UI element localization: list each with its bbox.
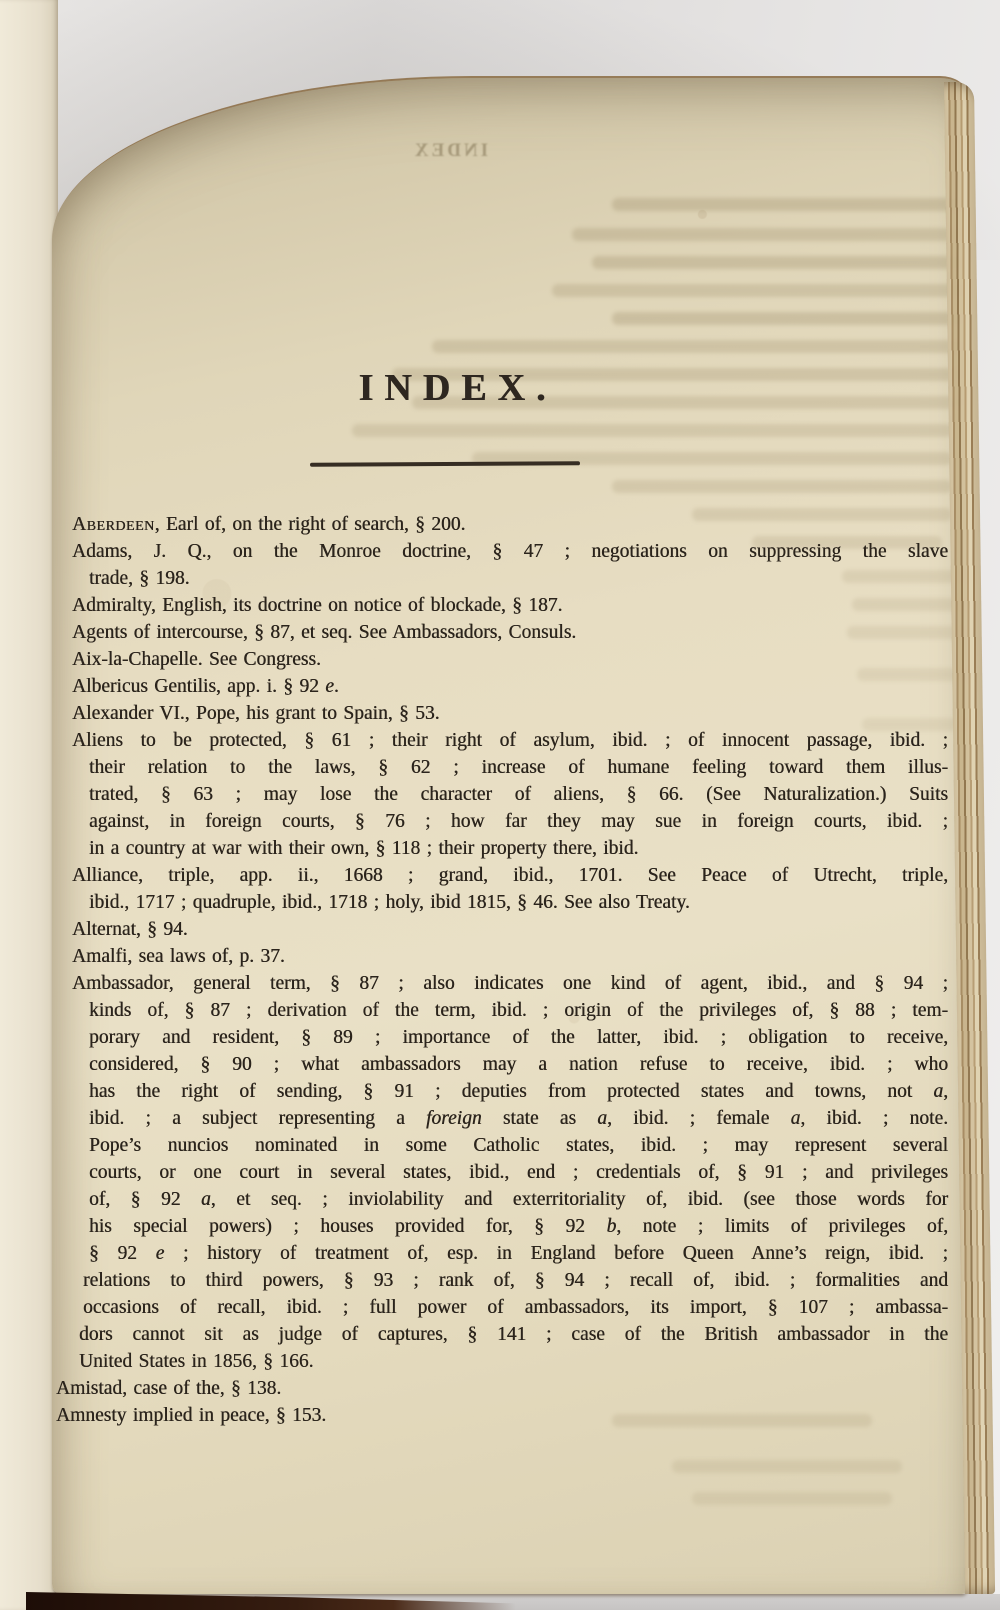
index-entry-line: dors cannot sit as judge of captures, § … — [62, 1321, 948, 1348]
index-entry-line: Pope’s nuncios nominated in some Catholi… — [72, 1132, 948, 1159]
index-entry-line: relations to third powers, § 93 ; rank o… — [66, 1267, 948, 1294]
index-entry-line: United States in 1856, § 166. — [62, 1348, 948, 1375]
book-cover-left-edge — [0, 0, 58, 1610]
index-entry-line: porary and resident, § 89 ; importance o… — [72, 1024, 948, 1051]
index-entry-line: his special powers) ; houses provided fo… — [72, 1213, 948, 1240]
index-entry-line: considered, § 90 ; what ambassadors may … — [72, 1051, 948, 1078]
index-entry-line: Agents of intercourse, § 87, et seq. See… — [72, 619, 948, 646]
index-entry-line: Aberdeen, Earl of, on the right of searc… — [72, 511, 948, 538]
index-entry-line: Adams, J. Q., on the Monroe doctrine, § … — [72, 538, 948, 565]
ghost-text-bar — [352, 424, 952, 437]
book-photo-scene: INDEX INDEX. Aberdeen, Earl of, on the r… — [0, 0, 1000, 1610]
index-entry-line: trated, § 63 ; may lose the character of… — [72, 781, 948, 808]
ghost-text-bar — [672, 1460, 902, 1473]
index-entry-line: Alternat, § 94. — [72, 916, 948, 943]
ghost-text-bar — [612, 312, 962, 325]
ghost-text-bar — [432, 340, 962, 353]
index-entries: Aberdeen, Earl of, on the right of searc… — [72, 511, 948, 1429]
index-entry-line: Admiralty, English, its doctrine on noti… — [72, 592, 948, 619]
index-entry-line: in a country at war with their own, § 11… — [72, 835, 948, 862]
index-entry-line: courts, or one court in several states, … — [72, 1159, 948, 1186]
title-divider-rule — [310, 461, 580, 466]
index-entry-line: Alexander VI., Pope, his grant to Spain,… — [72, 700, 948, 727]
ghost-text-bar — [612, 480, 952, 493]
index-entry-line: Ambassador, general term, § 87 ; also in… — [72, 970, 948, 997]
ghost-showthrough-header: INDEX — [405, 140, 495, 164]
index-entry-line: occasions of recall, ibid. ; full power … — [66, 1294, 948, 1321]
index-entry-line: against, in foreign courts, § 76 ; how f… — [72, 808, 948, 835]
index-entry-line: their relation to the laws, § 62 ; incre… — [72, 754, 948, 781]
index-entry-line: of, § 92 a, et seq. ; inviolability and … — [72, 1186, 948, 1213]
index-entry-line: trade, § 198. — [72, 565, 948, 592]
index-entry-line: ibid. ; a subject representing a foreign… — [72, 1105, 948, 1132]
index-entry-line: has the right of sending, § 91 ; deputie… — [72, 1078, 948, 1105]
page-title: INDEX. — [52, 366, 852, 410]
ghost-text-bar — [592, 256, 962, 269]
index-entry-line: Aix-la-Chapelle. See Congress. — [72, 646, 948, 673]
index-entry-line: ibid., 1717 ; quadruple, ibid., 1718 ; h… — [72, 889, 948, 916]
ghost-text-bar — [572, 228, 962, 241]
book-page: INDEX INDEX. Aberdeen, Earl of, on the r… — [52, 76, 968, 1594]
ghost-text-bar — [552, 284, 962, 297]
index-entry-line: Amnesty implied in peace, § 153. — [56, 1402, 948, 1429]
index-entry-line: kinds of, § 87 ; derivation of the term,… — [72, 997, 948, 1024]
index-entry-line: Albericus Gentilis, app. i. § 92 e. — [72, 673, 948, 700]
index-entry-line: Aliens to be protected, § 61 ; their rig… — [72, 727, 948, 754]
ghost-text-bar — [692, 1492, 892, 1505]
index-entry-line: § 92 e ; history of treatment of, esp. i… — [72, 1240, 948, 1267]
index-entry-line: Alliance, triple, app. ii., 1668 ; grand… — [72, 862, 948, 889]
index-entry-line: Amalfi, sea laws of, p. 37. — [72, 943, 948, 970]
index-entry-line: Amistad, case of the, § 138. — [56, 1375, 948, 1402]
ghost-text-bar — [612, 198, 962, 211]
